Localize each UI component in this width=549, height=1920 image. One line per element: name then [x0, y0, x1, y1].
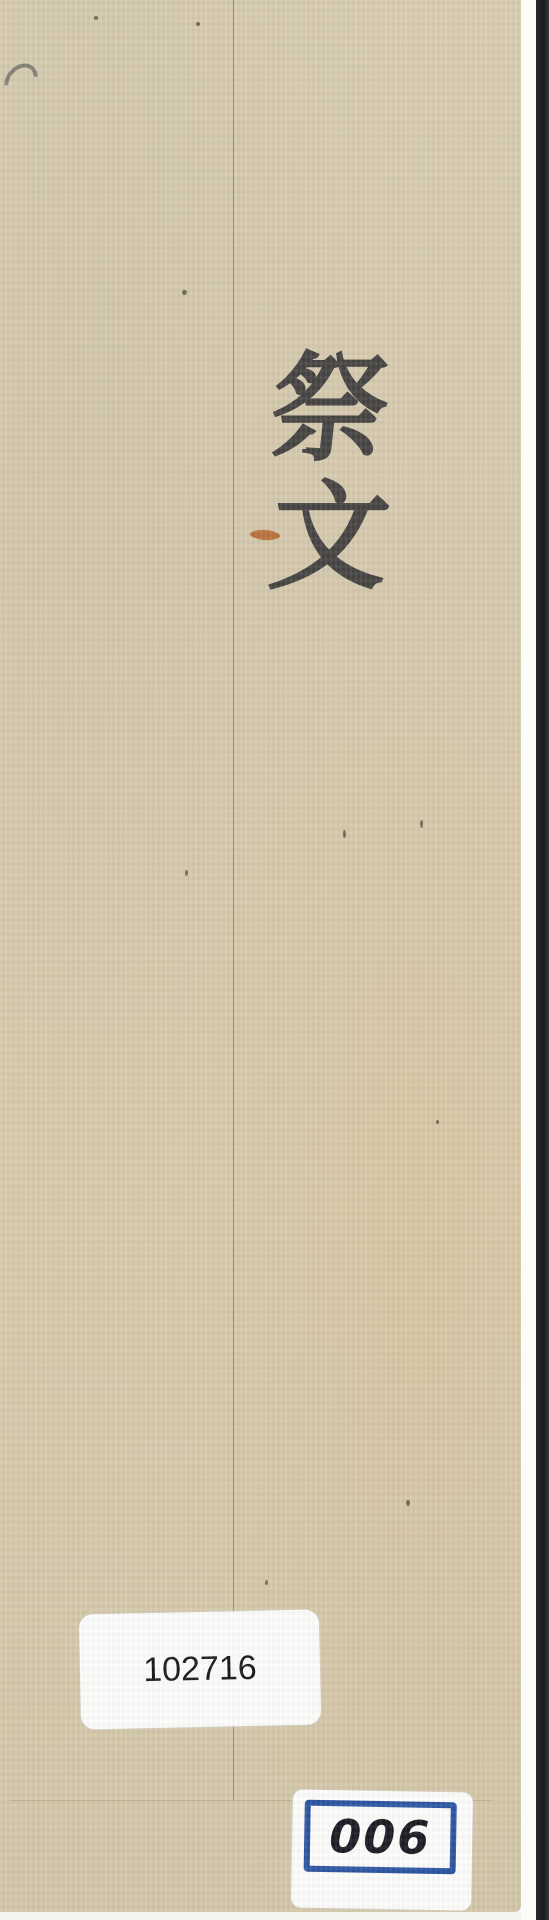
title-char-2: 文 [264, 473, 395, 601]
fold-line [233, 0, 234, 1800]
scanner-edge [536, 0, 549, 1920]
document-title: 祭 文 [245, 345, 415, 601]
speck [343, 830, 346, 838]
speck [420, 820, 423, 828]
paper-cover: 祭 文 102716 006 [0, 0, 521, 1912]
red-ink-mark [250, 529, 281, 541]
envelope-flap-crease [10, 1800, 490, 1913]
speck [182, 290, 187, 295]
sequence-number-label: 006 [291, 1789, 473, 1910]
speck [94, 16, 98, 20]
scanned-page: 祭 文 102716 006 [0, 0, 549, 1920]
speck [185, 870, 188, 876]
scan-right-margin [521, 0, 536, 1920]
catalog-number-label: 102716 [79, 1609, 321, 1729]
catalog-number: 102716 [143, 1649, 257, 1690]
speck [436, 1120, 439, 1124]
sequence-label-frame: 006 [304, 1800, 457, 1875]
scan-bottom-margin [0, 1912, 536, 1920]
speck [406, 1500, 410, 1506]
sequence-number: 006 [329, 1809, 432, 1865]
speck [196, 22, 200, 26]
speck [265, 1580, 268, 1585]
title-char-1: 祭 [264, 345, 395, 473]
stain-mark [0, 57, 45, 105]
